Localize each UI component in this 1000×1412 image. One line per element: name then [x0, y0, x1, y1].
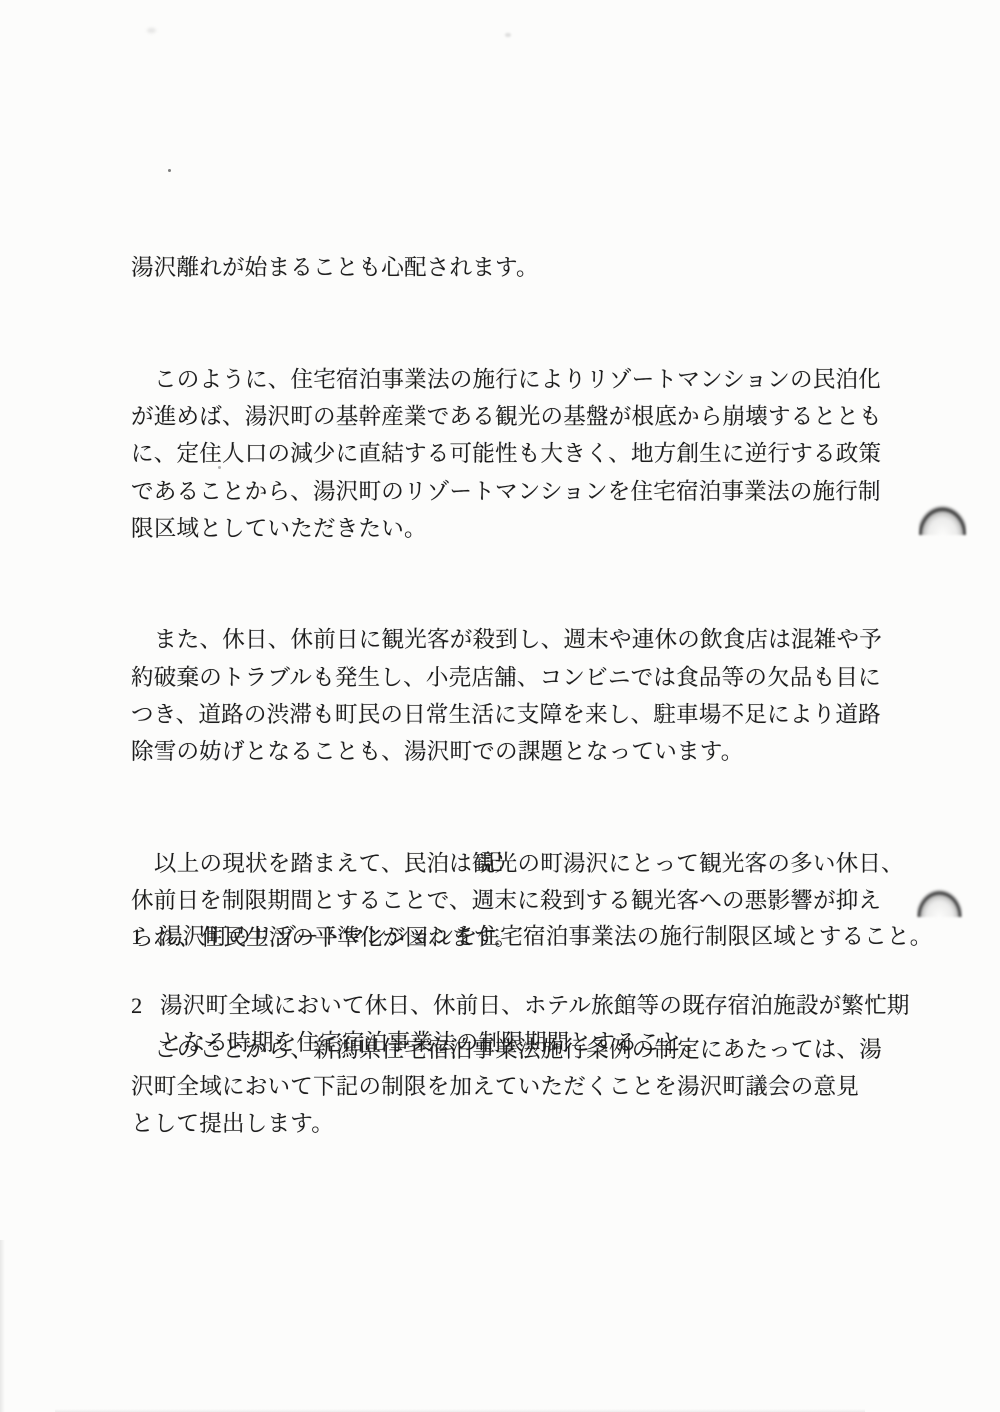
item-number: 1 [131, 918, 160, 955]
scanned-document-page: 湯沢離れが始まることも心配されます。 このように、住宅宿泊事業法の施行によりリゾ… [0, 0, 1000, 1412]
body-paragraph: また、休日、休前日に観光客が殺到し、週末や連休の飲食店は混雑や予 約破棄のトラブ… [131, 621, 951, 770]
body-paragraph-continuation: 湯沢離れが始まることも心配されます。 [131, 249, 951, 286]
scan-speck [505, 33, 511, 37]
scan-edge-shade-left [0, 1240, 5, 1412]
restrictions-list: 1 湯沢町のリゾートマンションを住宅宿泊事業法の施行制限区域とすること。 2 湯… [131, 918, 933, 1094]
body-paragraph: このように、住宅宿泊事業法の施行によりリゾートマンションの民泊化 が進めば、湯沢… [131, 361, 951, 547]
list-item: 2 湯沢町全域において休日、休前日、ホテル旅館等の既存宿泊施設が繁忙期 となる時… [131, 987, 933, 1061]
item-text: 湯沢町全域において休日、休前日、ホテル旅館等の既存宿泊施設が繁忙期 となる時期を… [160, 987, 910, 1061]
item-text: 湯沢町のリゾートマンションを住宅宿泊事業法の施行制限区域とすること。 [160, 918, 933, 955]
scan-speck [168, 169, 171, 172]
item-number: 2 [131, 987, 160, 1061]
list-item: 1 湯沢町のリゾートマンションを住宅宿泊事業法の施行制限区域とすること。 [131, 918, 933, 955]
scan-speck [147, 28, 156, 33]
section-marker-ki: 記 [123, 844, 860, 881]
